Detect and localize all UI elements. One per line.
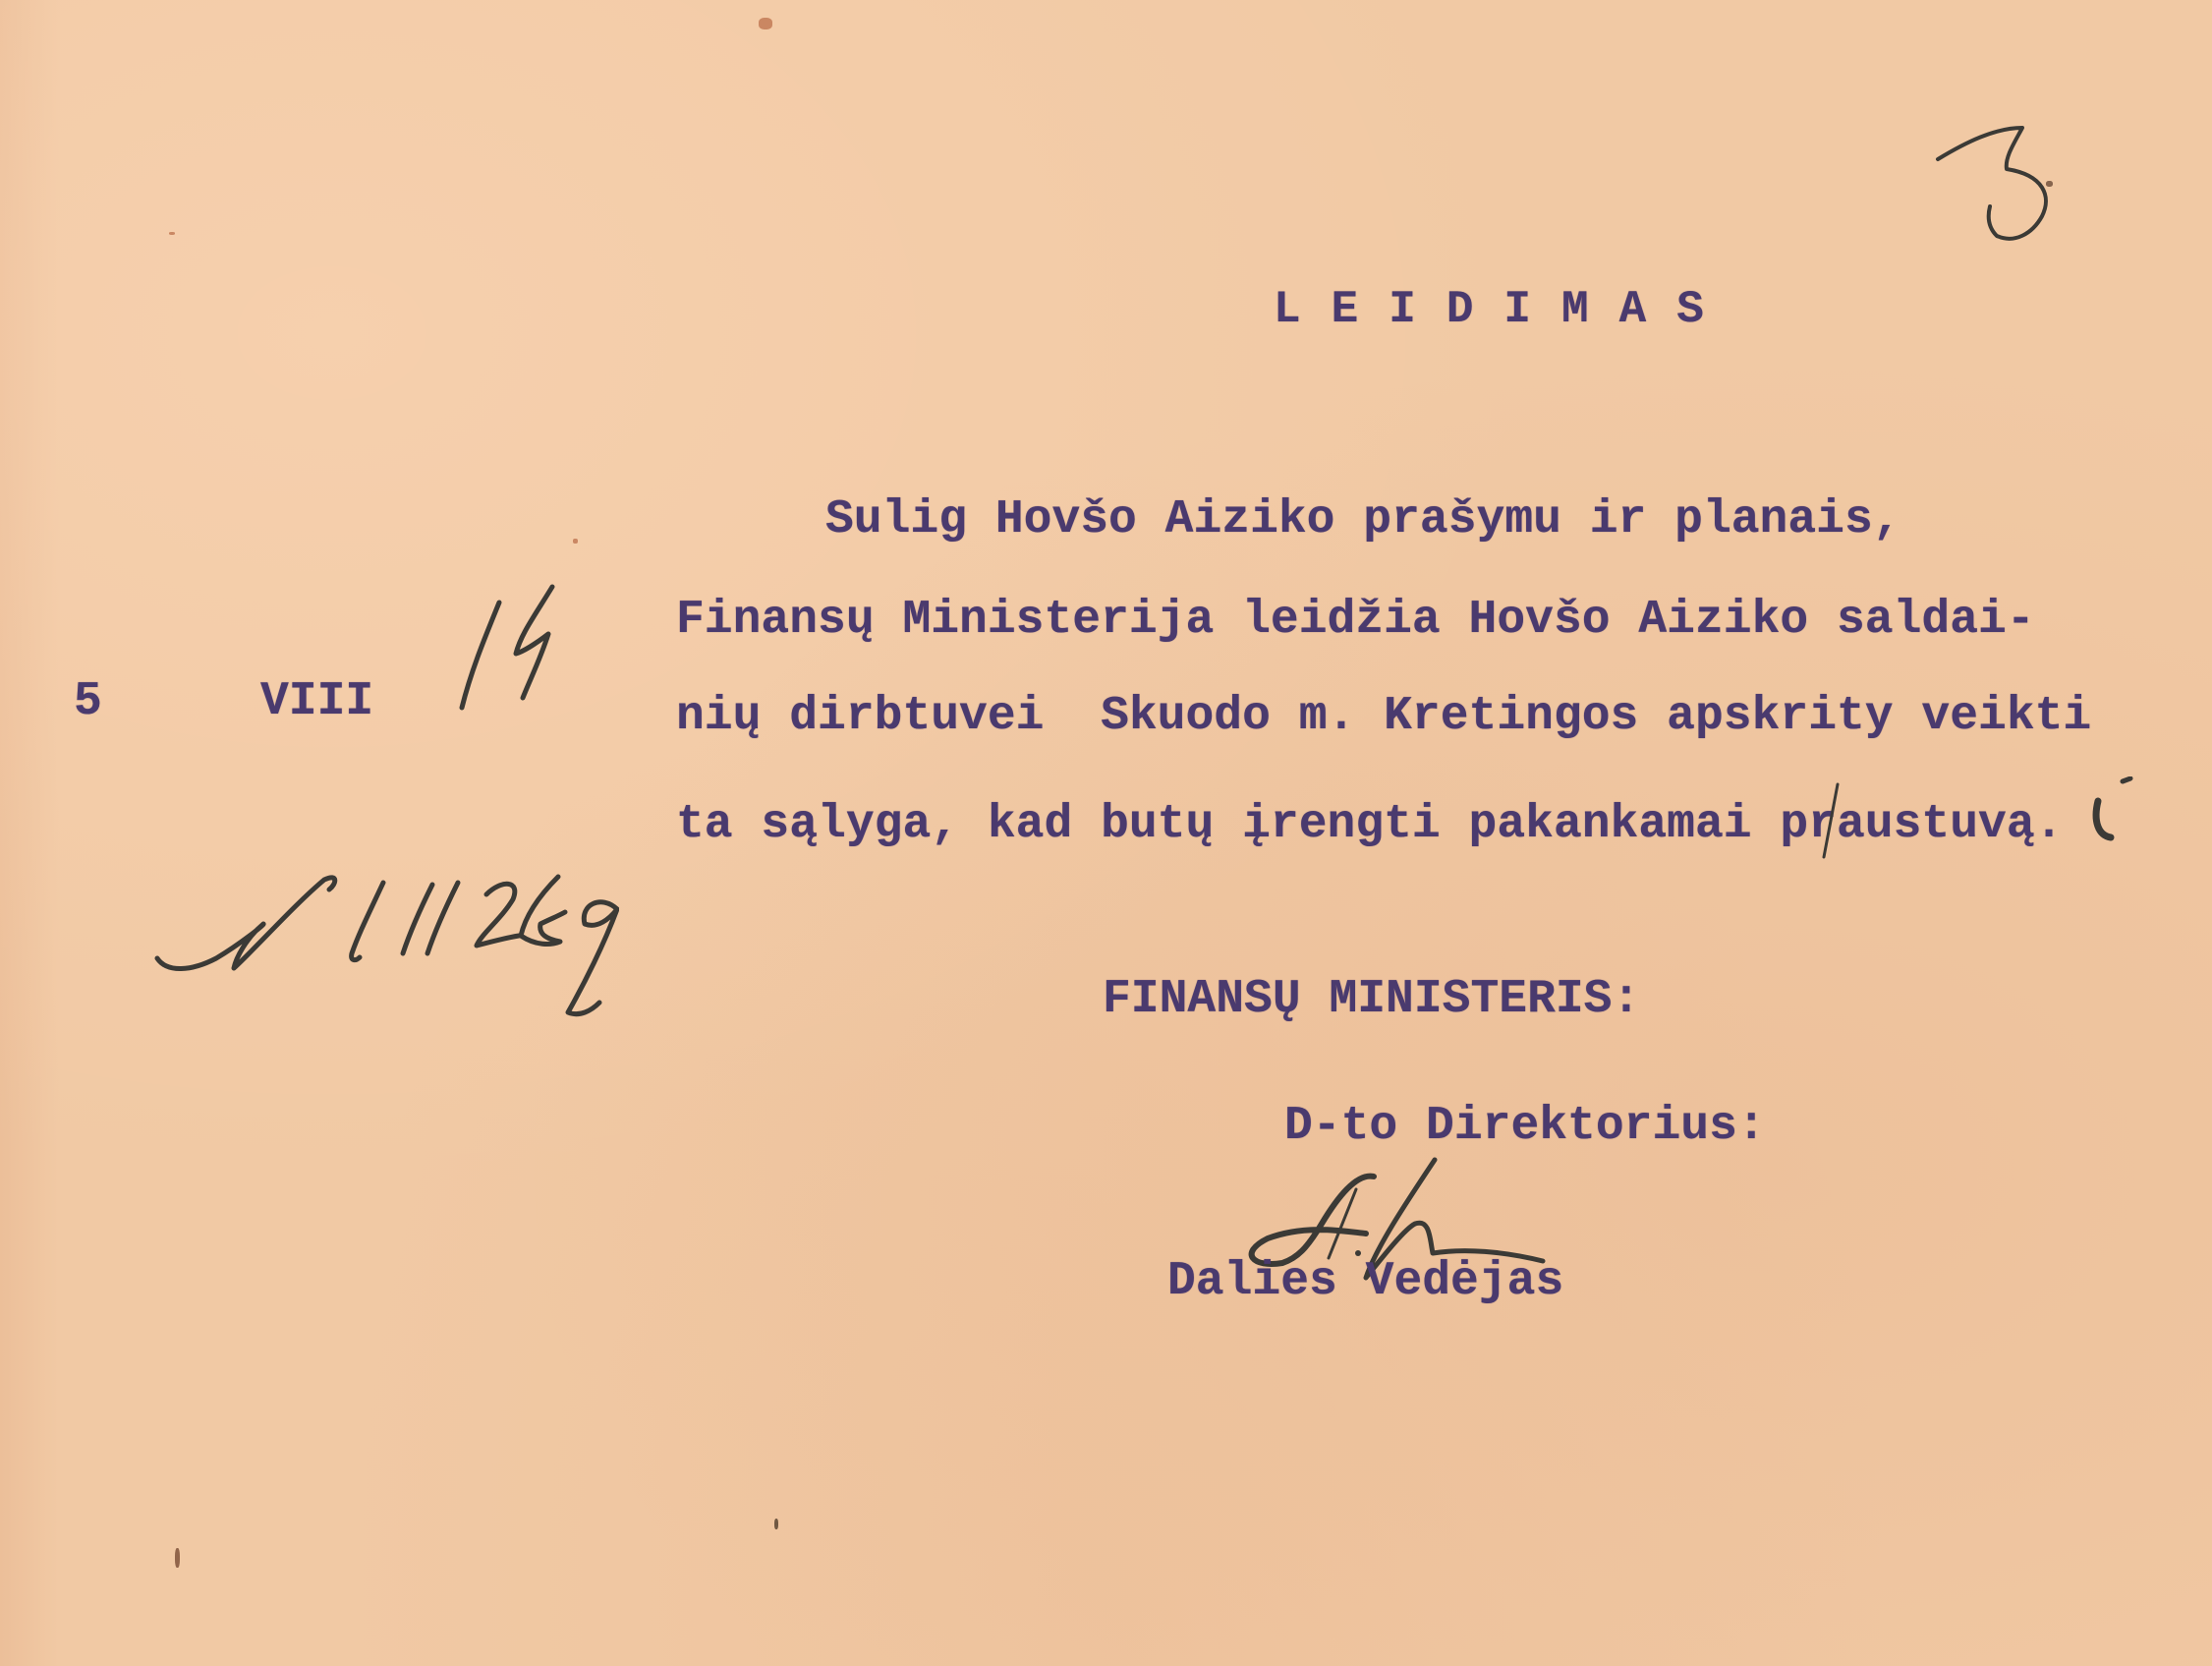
body-line-2: Finansų Ministerija leidžia Hovšo Aiziko… <box>676 597 2035 644</box>
document-title: LEIDIMAS <box>1274 287 1734 332</box>
margin-day: 5 <box>74 678 102 725</box>
paper-speck <box>774 1519 778 1529</box>
margin-month: VIII <box>260 678 373 725</box>
signature-section-head: Dalies Vedėjas <box>1167 1258 1563 1305</box>
handwritten-correction-mark <box>1759 776 2152 865</box>
handwritten-page-number <box>1926 98 2064 246</box>
handwritten-registry-number <box>147 855 619 1022</box>
handwritten-year <box>432 575 570 718</box>
body-line-1: Sulig Hovšo Aiziko prašymu ir planais, <box>825 496 1901 544</box>
paper-speck <box>573 539 578 544</box>
paper-speck <box>759 18 772 29</box>
signature-authority: FINANSŲ MINISTERIS: <box>1103 976 1640 1023</box>
body-line-3: nių dirbtuvei Skuodo m. Kretingos apskri… <box>676 693 2091 740</box>
signature-department-director: D-to Direktorius: <box>1284 1103 1766 1150</box>
paper-speck <box>169 232 175 235</box>
paper-speck <box>175 1548 180 1568</box>
paper-speck <box>2046 181 2053 187</box>
